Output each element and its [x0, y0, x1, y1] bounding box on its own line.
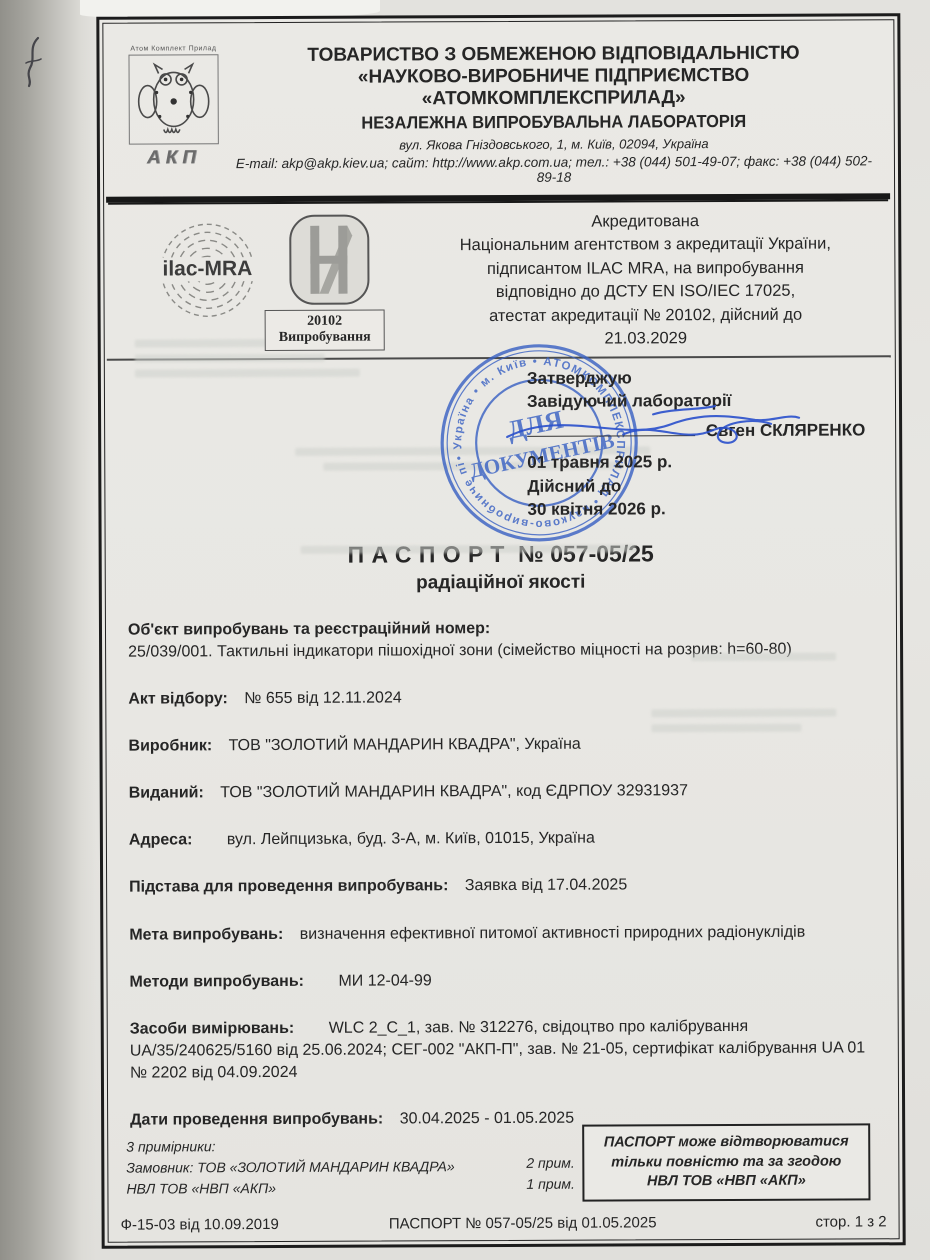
- copy-count: 2 прим.: [526, 1152, 575, 1174]
- accreditation-statement: Акредитована Національним агентством з а…: [404, 209, 887, 352]
- field-label: Мета випробувань:: [129, 925, 283, 943]
- header-divider: [106, 193, 890, 202]
- naau-logo-icon: [286, 212, 372, 308]
- document-border-frame: Атом Комплект Прилад: [96, 13, 905, 1248]
- field-sampling-act: Акт відбору: № 655 від 12.11.2024: [128, 686, 876, 711]
- company-name-line: ТОВАРИСТВО З ОБМЕЖЕНОЮ ВІДПОВІДАЛЬНІСТЮ: [231, 42, 875, 67]
- copy-recipient: НВЛ ТОВ «НВП «АКП»: [126, 1177, 454, 1199]
- field-value: № 655 від 12.11.2024: [244, 690, 402, 708]
- bleedthrough-text: [651, 709, 841, 740]
- reproduction-notice-box: ПАСПОРТ може відтворюватися тільки повні…: [582, 1124, 870, 1202]
- field-methods: Методи випробувань: МИ 12-04-99: [129, 968, 877, 993]
- logo-caption: Атом Комплект Прилад: [115, 45, 231, 53]
- page-number: стор. 1 з 2: [767, 1213, 887, 1231]
- cert-scope: Випробування: [266, 330, 384, 347]
- notice-line: тільки повністю та за згодою: [590, 1152, 862, 1173]
- approve-label: Затверджую: [527, 365, 865, 390]
- document-body: Об'єкт випробувань та реєстраційний номе…: [106, 592, 898, 1131]
- copies-distribution: 3 примірники: Замовник: ТОВ «ЗОЛОТИЙ МАН…: [126, 1135, 455, 1199]
- bleedthrough-text: [691, 653, 841, 669]
- company-name-line: «НАУКОВО-ВИРОБНИЧЕ ПІДПРИЄМСТВО: [232, 64, 876, 89]
- field-basis: Підстава для проведення випробувань: Зая…: [129, 874, 877, 899]
- approval-section: • Україна • м. Київ • АТОМКОМПЛЕКСПРИЛАД…: [105, 357, 896, 528]
- accreditation-cert-box: 20102 Випробування: [265, 310, 385, 352]
- notice-line: НВЛ ТОВ «НВП «АКП»: [590, 1172, 862, 1193]
- field-label: Підстава для проведення випробувань:: [129, 878, 448, 896]
- field-label: Акт відбору:: [128, 690, 228, 707]
- notice-line: ПАСПОРТ може відтворюватися: [590, 1133, 862, 1154]
- field-value: МИ 12-04-99: [338, 972, 431, 989]
- field-label: Адреса:: [129, 832, 193, 849]
- cert-number: 20102: [266, 314, 384, 331]
- accreditation-section: ilac-MRA 20102 Випробування Акредитована…: [104, 207, 895, 356]
- scanner-edge-shadow: [0, 0, 96, 1260]
- company-name-block: ТОВАРИСТВО З ОБМЕЖЕНОЮ ВІДПОВІДАЛЬНІСТЮ …: [231, 34, 884, 186]
- field-purpose: Мета випробувань: визначення ефективної …: [129, 921, 877, 946]
- field-value: ТОВ "ЗОЛОТИЙ МАНДАРИН КВАДРА", код ЄДРПО…: [220, 782, 688, 801]
- owl-icon: [135, 59, 213, 139]
- company-contacts: E-mail: akp@akp.kiev.ua; сайт: http://ww…: [232, 153, 876, 186]
- copy-counts: 2 прим. 1 прим.: [526, 1152, 575, 1196]
- field-value: 30.04.2025 - 01.05.2025: [400, 1110, 574, 1128]
- document-page: Атом Комплект Прилад: [102, 19, 899, 1242]
- field-value: вул. Лейпцизька, буд. 3-А, м. Київ, 0101…: [227, 830, 595, 849]
- document-reference: ПАСПОРТ № 057-05/25 від 01.05.2025: [279, 1214, 767, 1233]
- field-value: ТОВ "ЗОЛОТИЙ МАНДАРИН КВАДРА", Україна: [229, 736, 581, 755]
- company-address: вул. Якова Гніздовського, 1, м. Київ, 02…: [232, 135, 876, 153]
- ilac-mra-logo-icon: ilac-MRA: [148, 220, 266, 321]
- accreditation-line: відповідно до ДСТУ EN ISO/IEC 17025,: [404, 280, 886, 306]
- field-label: Об'єкт випробувань та реєстраційний номе…: [128, 620, 490, 639]
- accreditation-line: Акредитована: [404, 209, 886, 235]
- field-label: Дати проведення випробувань:: [130, 1110, 383, 1128]
- company-logo: Атом Комплект Прилад: [115, 37, 232, 187]
- field-address: Адреса: вул. Лейпцизька, буд. 3-А, м. Ки…: [129, 827, 877, 852]
- field-value: визначення ефективної питомої активності…: [300, 923, 806, 942]
- field-label: Виробник:: [128, 737, 212, 754]
- handwritten-pen-mark: [22, 36, 48, 88]
- accreditation-line: Національним агентством з акредитації Ук…: [404, 233, 886, 259]
- footer-reference-row: Ф-15-03 від 10.09.2019 ПАСПОРТ № 057-05/…: [121, 1213, 887, 1233]
- field-label: Засоби вимірювань:: [130, 1020, 295, 1038]
- company-name-line: «АТОМКОМПЛЕКСПРИЛАД»: [232, 86, 876, 111]
- owl-logo-frame: [128, 54, 218, 144]
- accreditation-line: підписантом ILAC MRA, на випробування: [404, 256, 886, 282]
- field-label: Виданий:: [129, 785, 204, 802]
- logo-akp-letters: АКП: [116, 147, 232, 170]
- valid-until-date: 30 квітня 2026 р.: [527, 497, 865, 522]
- copies-title: 3 примірники:: [126, 1135, 454, 1157]
- copy-count: 1 прим.: [526, 1174, 575, 1196]
- accreditation-line: атестат акредитації № 20102, дійсний до: [405, 303, 887, 329]
- form-code: Ф-15-03 від 10.09.2019: [121, 1216, 279, 1234]
- lab-name: НЕЗАЛЕЖНА ВИПРОБУВАЛЬНА ЛАБОРАТОРІЯ: [251, 110, 856, 134]
- field-issued-to: Виданий: ТОВ "ЗОЛОТИЙ МАНДАРИН КВАДРА", …: [129, 780, 877, 805]
- valid-until-label: Дійсний до: [527, 473, 865, 498]
- svg-text:ilac-MRA: ilac-MRA: [162, 257, 252, 280]
- signature: [503, 390, 803, 469]
- field-instruments: Засоби вимірювань: WLC 2_C_1, зав. № 312…: [130, 1015, 878, 1084]
- letterhead: Атом Комплект Прилад: [103, 20, 894, 190]
- field-label: Методи випробувань:: [129, 972, 304, 990]
- copy-recipient: Замовник: ТОВ «ЗОЛОТИЙ МАНДАРИН КВАДРА»: [126, 1156, 454, 1178]
- field-value: Заявка від 17.04.2025: [465, 877, 627, 895]
